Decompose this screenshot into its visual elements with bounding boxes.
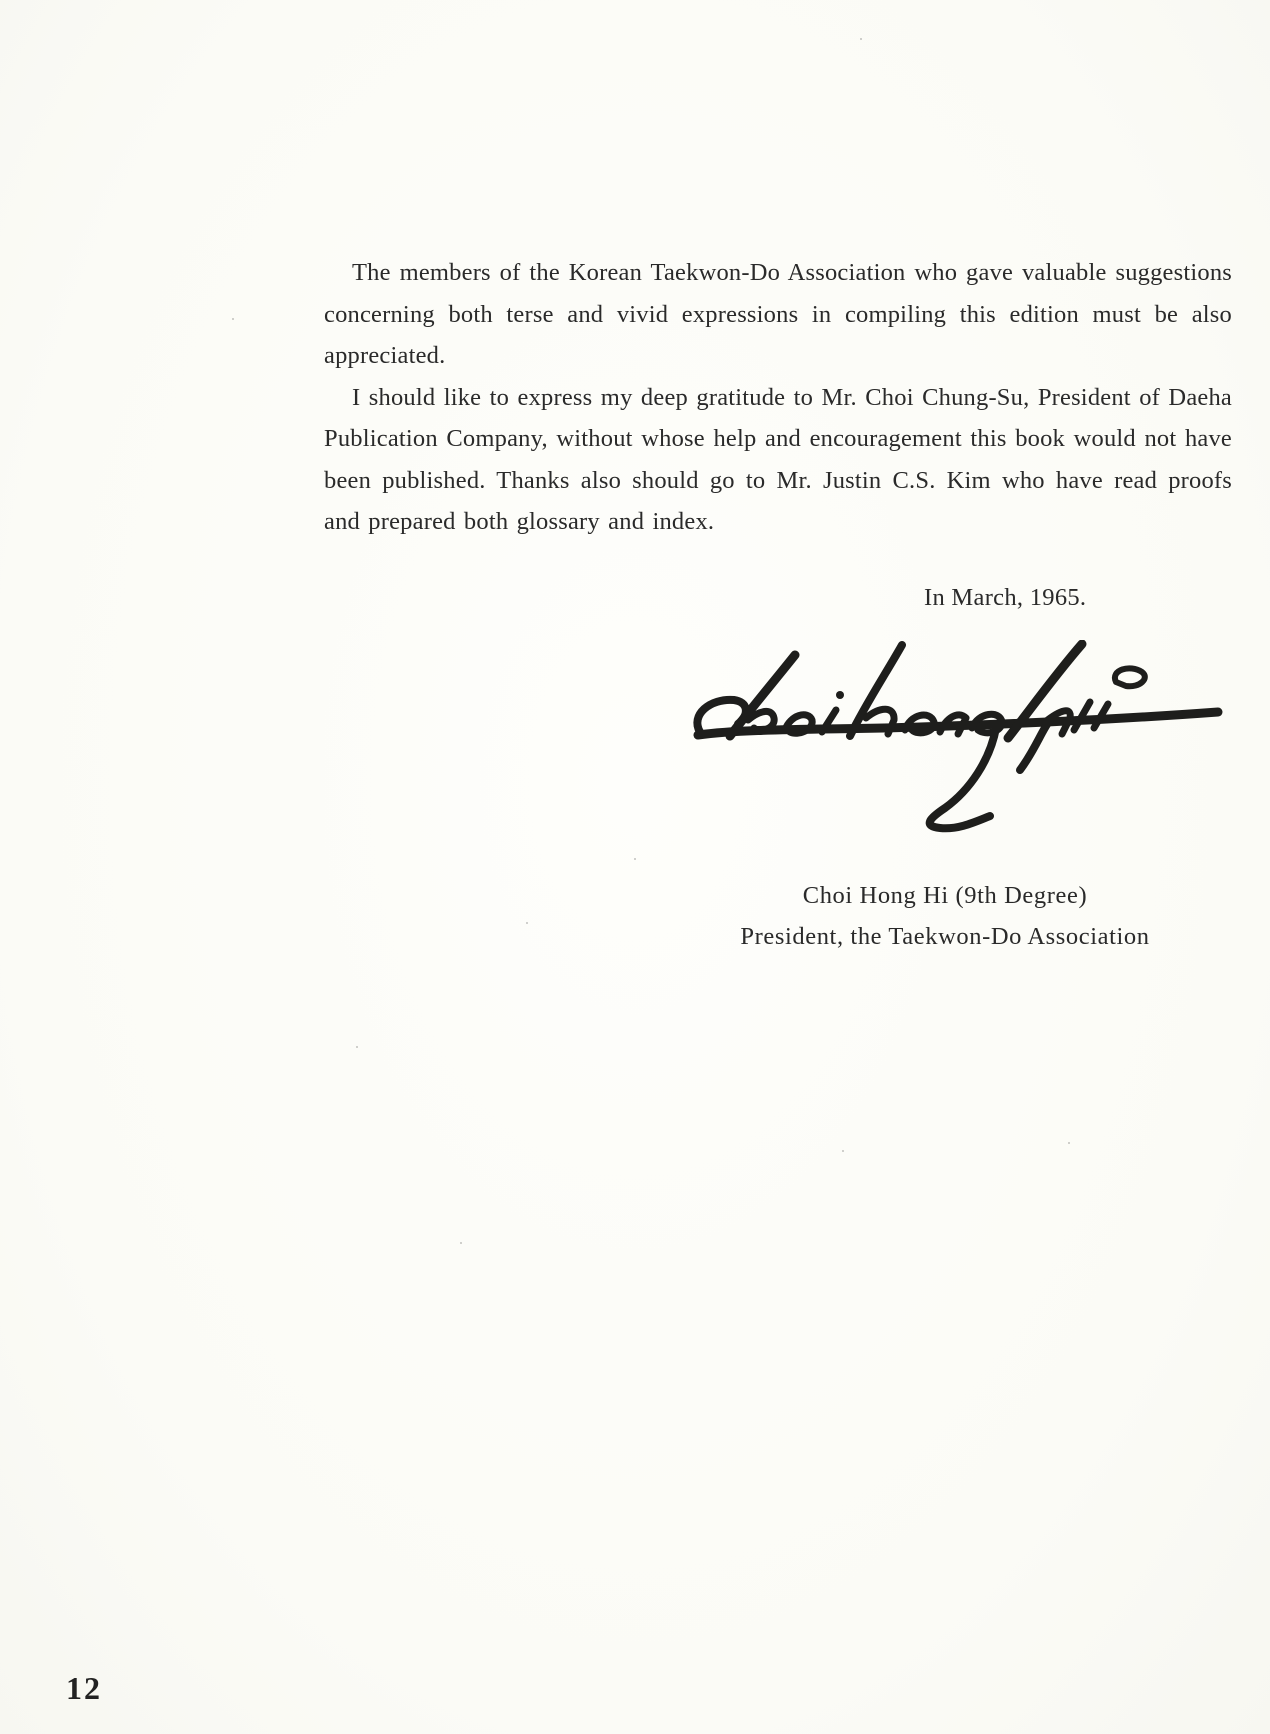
paragraph-gratitude: I should like to express my deep gratitu… — [324, 377, 1232, 543]
scan-speck — [232, 318, 234, 320]
book-page: The members of the Korean Taekwon-Do Ass… — [0, 0, 1270, 1734]
date-line: In March, 1965. — [924, 584, 1086, 612]
signatory-block: Choi Hong Hi (9th Degree) President, the… — [690, 875, 1200, 957]
scan-speck — [526, 922, 528, 924]
scan-speck — [356, 1046, 358, 1048]
signatory-name: Choi Hong Hi (9th Degree) — [690, 875, 1200, 916]
paragraph-members-appreciation: The members of the Korean Taekwon-Do Ass… — [324, 252, 1232, 377]
acknowledgment-text: The members of the Korean Taekwon-Do Ass… — [324, 252, 1232, 543]
scan-speck — [1068, 1142, 1070, 1144]
scan-speck — [634, 858, 636, 860]
page-number: 12 — [66, 1670, 102, 1707]
scan-speck — [460, 1242, 462, 1244]
scan-speck — [842, 1150, 844, 1152]
scan-speck — [860, 38, 862, 40]
signature-image — [690, 640, 1230, 840]
signatory-title: President, the Taekwon-Do Association — [690, 916, 1200, 957]
